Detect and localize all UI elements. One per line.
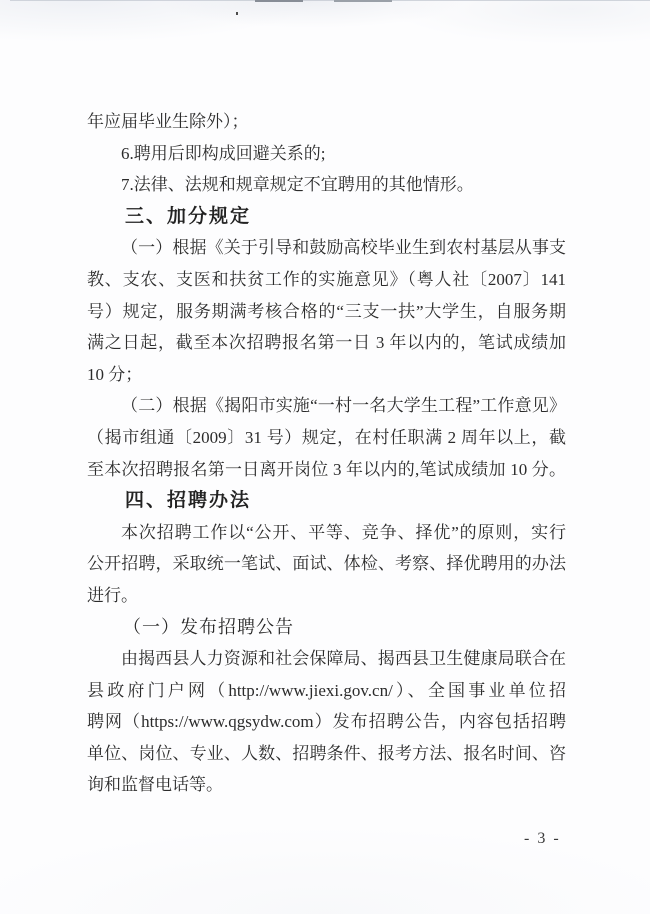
scan-artifact-top-line [10, 0, 650, 1]
scan-artifact-dash [334, 0, 392, 2]
text-line: （一）根据《关于引导和鼓励高校毕业生到农村基层从事支 [87, 232, 566, 264]
text-line: 10 分； [87, 359, 566, 391]
scan-artifact-dash [255, 0, 303, 2]
text-line: （揭市组通〔2009〕31 号）规定，在村任职满 2 周年以上，截 [87, 422, 566, 454]
subsection-heading-publish-announcement: （一）发布招聘公告 [87, 612, 566, 644]
text-line: 年应届毕业生除外）； [87, 106, 566, 138]
text-line: 号）规定，服务期满考核合格的“三支一扶”大学生，自服务期 [87, 296, 566, 328]
page-number: - 3 - [524, 830, 561, 848]
section-heading-4-recruitment-method: 四、招聘办法 [87, 485, 566, 517]
scan-artifact-dot [236, 12, 238, 15]
text-line: 至本次招聘报名第一日离开岗位 3 年以内的,笔试成绩加 10 分。 [87, 454, 566, 486]
text-line: 公开招聘，采取统一笔试、面试、体检、考察、择优聘用的办法 [87, 548, 566, 580]
text-line: （二）根据《揭阳市实施“一村一名大学生工程”工作意见》 [87, 390, 566, 422]
document-page: 年应届毕业生除外）； 6.聘用后即构成回避关系的; 7.法律、法规和规章规定不宜… [0, 0, 650, 914]
text-line-with-url: 县政府门户网（http://www.jiexi.gov.cn/）、全国事业单位招 [87, 675, 566, 707]
text-line: 由揭西县人力资源和社会保障局、揭西县卫生健康局联合在 [87, 643, 566, 675]
text-line: 教、支农、支医和扶贫工作的实施意见》（粤人社〔2007〕141 [87, 264, 566, 296]
text-line: 满之日起，截至本次招聘报名第一日 3 年以内的，笔试成绩加 [87, 327, 566, 359]
text-line-with-url: 聘网（https://www.qgsydw.com）发布招聘公告，内容包括招聘 [87, 706, 566, 738]
document-text-block: 年应届毕业生除外）； 6.聘用后即构成回避关系的; 7.法律、法规和规章规定不宜… [87, 106, 566, 801]
text-line: 询和监督电话等。 [87, 769, 566, 801]
text-line: 本次招聘工作以“公开、平等、竞争、择优”的原则，实行 [87, 517, 566, 549]
text-line: 进行。 [87, 580, 566, 612]
text-line: 单位、岗位、专业、人数、招聘条件、报考方法、报名时间、咨 [87, 738, 566, 770]
section-heading-3-bonus-rules: 三、加分规定 [87, 201, 566, 233]
text-line-item-7: 7.法律、法规和规章规定不宜聘用的其他情形。 [87, 169, 566, 201]
text-line-item-6: 6.聘用后即构成回避关系的; [87, 138, 566, 170]
